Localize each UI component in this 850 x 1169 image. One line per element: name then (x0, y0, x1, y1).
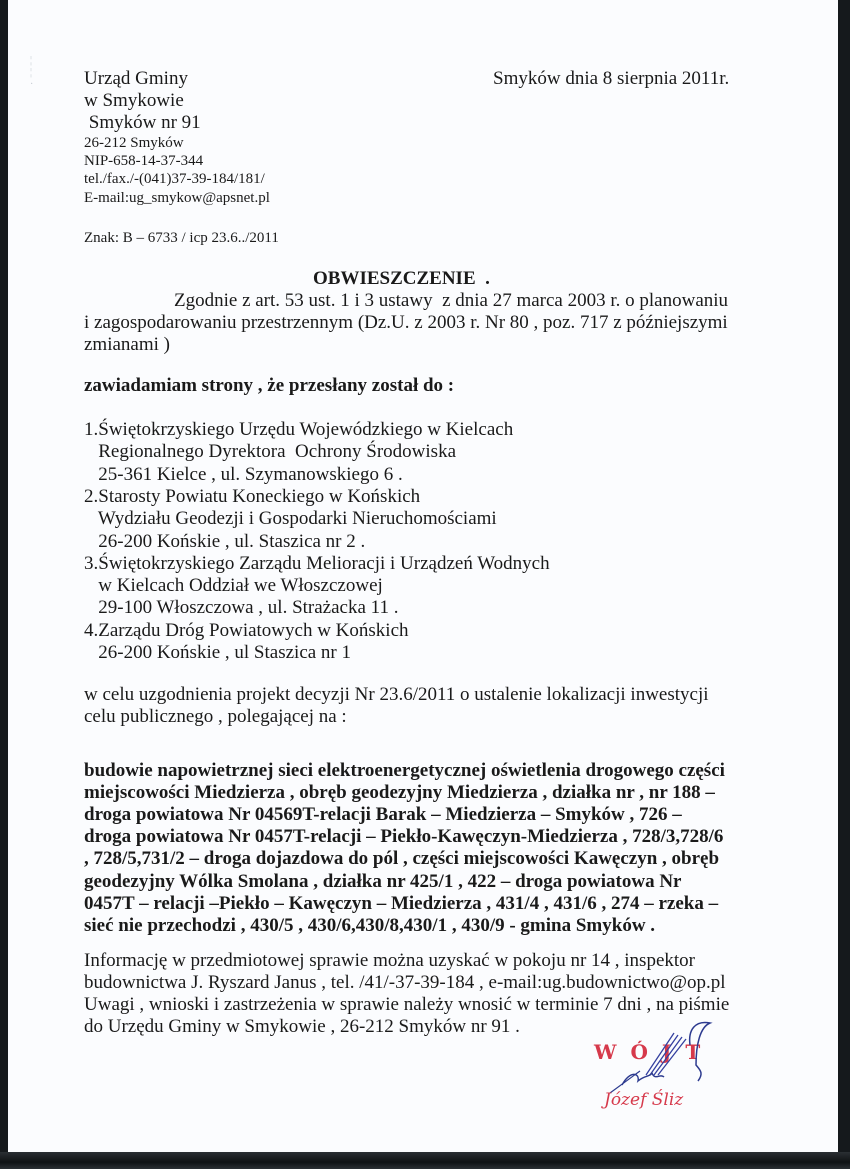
info-line: budownictwa J. Ryszard Janus , tel. /41/… (84, 972, 726, 994)
place-date: Smyków dnia 8 sierpnia 2011r. (493, 68, 729, 90)
handwritten-signature-icon (600, 1015, 720, 1095)
notice-lead: zawiadamiam strony , że przesłany został… (84, 375, 454, 397)
purpose-line: celu publicznego , polegającej na : (84, 706, 347, 728)
recipient-line: w Kielcach Oddział we Włoszczowej (84, 575, 383, 597)
reference-number: Znak: B – 6733 / icp 23.6../2011 (84, 229, 279, 248)
sender-office: Urząd Gminy (84, 68, 188, 90)
sender-postal: 26-212 Smyków (84, 134, 184, 153)
project-line: sieć nie przechodzi , 430/5 , 430/6,430/… (84, 915, 655, 937)
recipient-line: 1.Świętokrzyskiego Urzędu Wojewódzkiego … (84, 419, 513, 441)
project-line: 0457T – relacji –Piekło – Kawęczyn – Mie… (84, 893, 718, 915)
purpose-line: w celu uzgodnienia projekt decyzji Nr 23… (84, 684, 709, 706)
recipient-line: Wydziału Geodezji i Gospodarki Nieruchom… (84, 508, 497, 530)
project-line: miejscowości Miedzierza , obręb geodezyj… (84, 782, 715, 804)
info-line: Uwagi , wnioski i zastrzeżenia w sprawie… (84, 994, 729, 1016)
scan-artifact: ¦¦· (30, 55, 33, 91)
info-line: Informację w przedmiotowej sprawie można… (84, 950, 695, 972)
intro-line: i zagospodarowaniu przestrzennym (Dz.U. … (84, 312, 728, 334)
recipient-line: 26-200 Końskie , ul Staszica nr 1 (84, 642, 351, 664)
sender-email: E-mail:ug_smykow@apsnet.pl (84, 189, 270, 208)
sender-phone: tel./fax./-(041)37-39-184/181/ (84, 170, 265, 189)
sender-street: Smyków nr 91 (84, 112, 201, 134)
project-line: budowie napowietrznej sieci elektroenerg… (84, 760, 725, 782)
recipient-line: 26-200 Końskie , ul. Staszica nr 2 . (84, 531, 365, 553)
scan-border (0, 1152, 850, 1169)
stamp-name: Józef Śliz (604, 1090, 683, 1110)
recipient-line: 2.Starosty Powiatu Koneckiego w Końskich (84, 486, 420, 508)
info-line: do Urzędu Gminy w Smykowie , 26-212 Smyk… (84, 1016, 520, 1038)
project-line: geodezyjny Wólka Smolana , działka nr 42… (84, 871, 682, 893)
recipient-line: Regionalnego Dyrektora Ochrony Środowisk… (84, 441, 456, 463)
intro-line: zmianami ) (84, 334, 170, 356)
document-title: OBWIESZCZENIE . (313, 268, 490, 290)
intro-line: Zgodnie z art. 53 ust. 1 i 3 ustawy z dn… (174, 290, 728, 312)
project-line: droga powiatowa Nr 0457T-relacji – Piekł… (84, 826, 723, 848)
recipient-line: 29-100 Włoszczowa , ul. Strażacka 11 . (84, 597, 398, 619)
recipient-line: 3.Świętokrzyskiego Zarządu Melioracji i … (84, 553, 550, 575)
recipient-line: 25-361 Kielce , ul. Szymanowskiego 6 . (84, 464, 403, 486)
recipient-line: 4.Zarządu Dróg Powiatowych w Końskich (84, 620, 409, 642)
sender-office-location: w Smykowie (84, 90, 184, 112)
project-line: droga powiatowa Nr 04569T-relacji Barak … (84, 804, 682, 826)
sender-nip: NIP-658-14-37-344 (84, 152, 203, 171)
project-line: , 728/5,731/2 – droga dojazdowa do pól ,… (84, 848, 719, 870)
